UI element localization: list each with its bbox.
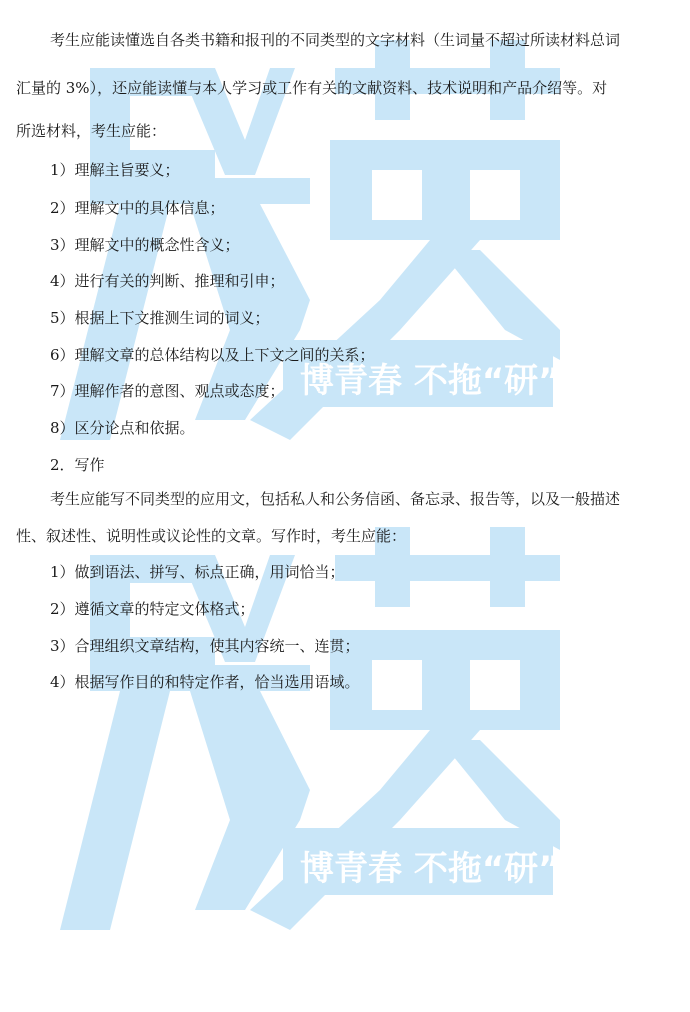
writing-section-title: 2．写作 [50, 455, 105, 475]
writing-item-3: 3）合理组织文章结构，使其内容统一、连贯； [50, 636, 360, 656]
reading-intro-line-1: 考生应能读懂选自各类书籍和报刊的不同类型的文字材料（生词量不超过所读材料总词 [50, 30, 620, 50]
watermark-slogan-top: 博青春 不拖“研” [300, 361, 561, 401]
writing-intro-line-1: 考生应能写不同类型的应用文，包括私人和公务信函、备忘录、报告等，以及一般描述 [50, 489, 620, 509]
watermark-slogan-bottom: 博青春 不拖“研” [300, 849, 561, 889]
watermark-logo-bottom [60, 527, 560, 930]
reading-item-5: 5）根据上下文推测生词的词义； [50, 308, 270, 328]
reading-item-8: 8）区分论点和依据。 [50, 418, 195, 438]
reading-item-2: 2）理解文中的具体信息； [50, 198, 225, 218]
reading-intro-line-3: 所选材料，考生应能： [16, 121, 166, 141]
reading-item-7: 7）理解作者的意图、观点或态度； [50, 381, 285, 401]
reading-intro-line-2: 汇量的 3%），还应能读懂与本人学习或工作有关的文献资料、技术说明和产品介绍等。… [16, 78, 607, 98]
reading-item-4: 4）进行有关的判断、推理和引申； [50, 271, 285, 291]
reading-item-1: 1）理解主旨要义； [50, 160, 180, 180]
writing-item-1: 1）做到语法、拼写、标点正确，用词恰当； [50, 562, 345, 582]
writing-item-4: 4）根据写作目的和特定作者，恰当选用语域。 [50, 672, 360, 692]
writing-intro-line-2: 性、叙述性、说明性或议论性的文章。写作时，考生应能： [16, 526, 406, 546]
reading-item-6: 6）理解文章的总体结构以及上下文之间的关系； [50, 345, 375, 365]
reading-item-3: 3）理解文中的概念性含义； [50, 235, 240, 255]
writing-item-2: 2）遵循文章的特定文体格式； [50, 599, 255, 619]
